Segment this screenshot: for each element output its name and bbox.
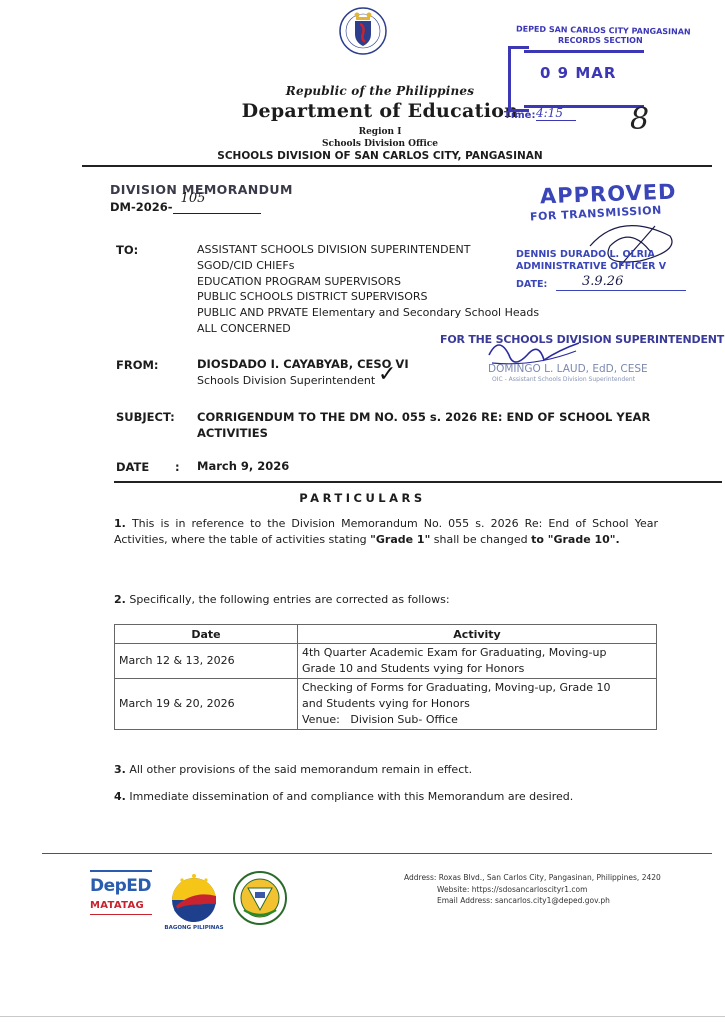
deped-seal-icon [338,6,388,56]
activity-line: Grade 10 and Students vying for Honors [302,661,652,677]
activity-line: 4th Quarter Academic Exam for Graduating… [302,645,652,661]
paragraph-4: 4. Immediate dissemination of and compli… [114,789,658,805]
memo-number: DM-2026-105 [110,200,261,214]
logo-bar [90,914,152,915]
memo-number-prefix: DM-2026- [110,200,173,214]
checkmark-icon: ✓ [378,362,396,387]
approver-name: DENNIS DURADO L. OLRIA [516,249,655,260]
memo-number-blank: 105 [173,201,261,214]
matatag-logo-text: MATATAG [90,900,144,911]
approved-stamp: APPROVED FOR TRANSMISSION DENNIS DURADO … [510,182,720,302]
to-label: TO: [116,243,138,257]
recipient-item: EDUCATION PROGRAM SUPERVISORS [197,274,539,290]
date-label: DATE [116,460,149,474]
table-row: March 19 & 20, 2026 Checking of Forms fo… [115,679,657,730]
paragraph-text: All other provisions of the said memoran… [126,763,472,776]
recipient-item: SGOD/CID CHIEFs [197,258,539,274]
paragraph-text: Specifically, the following entries are … [126,593,450,606]
bagong-pilipinas-caption: BAGONG PILIPINAS [162,925,226,931]
footer-address: Address: Roxas Blvd., San Carlos City, P… [404,872,661,884]
paragraph-text: Immediate dissemination of and complianc… [126,790,573,803]
paragraph-text: shall be changed [430,533,531,546]
recipient-item: PUBLIC AND PRVATE Elementary and Seconda… [197,305,539,321]
corrections-table: Date Activity March 12 & 13, 2026 4th Qu… [114,624,657,730]
header-divider [82,165,712,167]
subject-text: CORRIGENDUM TO THE DM NO. 055 s. 2026 RE… [197,409,667,441]
stamp-time-value: 4:15 [536,106,576,121]
footer-website[interactable]: Website: https://sdosancarloscityr1.com [404,884,661,896]
stamp-date: 0 9 MAR [540,64,616,82]
activity-venue: Venue: Division Sub- Office [302,712,652,728]
footer-contact: Address: Roxas Blvd., San Carlos City, P… [404,872,661,907]
cell-activity: 4th Quarter Academic Exam for Graduating… [298,644,657,679]
meta-divider [114,481,722,483]
paragraph-emphasis: "Grade 1" [370,533,430,546]
table-row: March 12 & 13, 2026 4th Quarter Academic… [115,644,657,679]
recipient-item: ASSISTANT SCHOOLS DIVISION SUPERINTENDEN… [197,242,539,258]
deped-matatag-logo: DepED MATATAG [90,870,156,922]
from-position: Schools Division Superintendent [197,374,375,387]
paragraph-number: 4. [114,790,126,803]
memo-number-handwritten: 105 [181,191,206,206]
logo-bar [90,870,152,872]
paragraph-number: 1. [114,517,126,530]
deped-logo-text: DepED [90,876,151,896]
stamp-initial: 8 [630,102,649,137]
from-name: DIOSDADO I. CAYABYAB, CESO VI [197,357,409,371]
sdo-seal-icon [232,870,288,926]
stamp-office: DEPED SAN CARLOS CITY PANGASINAN [516,24,691,36]
subject-label: SUBJECT: [116,410,175,424]
column-header-date: Date [115,625,298,644]
footer-divider [42,853,712,854]
records-received-stamp: DEPED SAN CARLOS CITY PANGASINAN RECORDS… [512,26,712,126]
approved-date-label: DATE: [516,279,547,290]
page-bottom-edge [0,1016,725,1017]
paragraph-3: 3. All other provisions of the said memo… [114,762,658,778]
approved-date-value: 3.9.26 [582,274,623,289]
approved-date-line [556,290,686,291]
recipient-list: ASSISTANT SCHOOLS DIVISION SUPERINTENDEN… [197,242,539,337]
header-office: Schools Division Office [120,139,640,149]
oic-position: OIC - Assistant Schools Division Superin… [492,376,635,383]
recipient-item: PUBLIC SCHOOLS DISTRICT SUPERVISORS [197,289,539,305]
paragraph-1: 1. This is in reference to the Division … [114,516,658,548]
stamp-section: RECORDS SECTION [558,36,643,45]
date-colon: : [175,460,180,474]
particulars-title: PARTICULARS [0,491,725,505]
column-header-activity: Activity [298,625,657,644]
paragraph-emphasis: to "Grade 10". [531,533,620,546]
paragraph-number: 2. [114,593,126,606]
cell-date: March 19 & 20, 2026 [115,679,298,730]
header-region: Region I [120,127,640,137]
date-value: March 9, 2026 [197,459,289,473]
approver-position: ADMINISTRATIVE OFFICER V [516,261,666,272]
cell-date: March 12 & 13, 2026 [115,644,298,679]
activity-line: Checking of Forms for Graduating, Moving… [302,680,652,696]
paragraph-2: 2. Specifically, the following entries a… [114,592,658,608]
paragraph-number: 3. [114,763,126,776]
stamp-time-label: Time: [504,110,535,121]
bagong-pilipinas-icon [162,870,226,926]
bagong-pilipinas-logo: BAGONG PILIPINAS [162,870,226,934]
footer-email[interactable]: Email Address: sancarlos.city1@deped.gov… [404,895,661,907]
oic-signature-stamp: FOR THE SCHOOLS DIVISION SUPERINTENDENT … [440,333,725,393]
header-division: SCHOOLS DIVISION OF SAN CARLOS CITY, PAN… [120,150,640,162]
cell-activity: Checking of Forms for Graduating, Moving… [298,679,657,730]
table-header-row: Date Activity [115,625,657,644]
oic-name: DOMINGO L. LAUD, EdD, CESE [488,363,648,375]
from-label: FROM: [116,358,159,372]
activity-line: and Students vying for Honors [302,696,652,712]
